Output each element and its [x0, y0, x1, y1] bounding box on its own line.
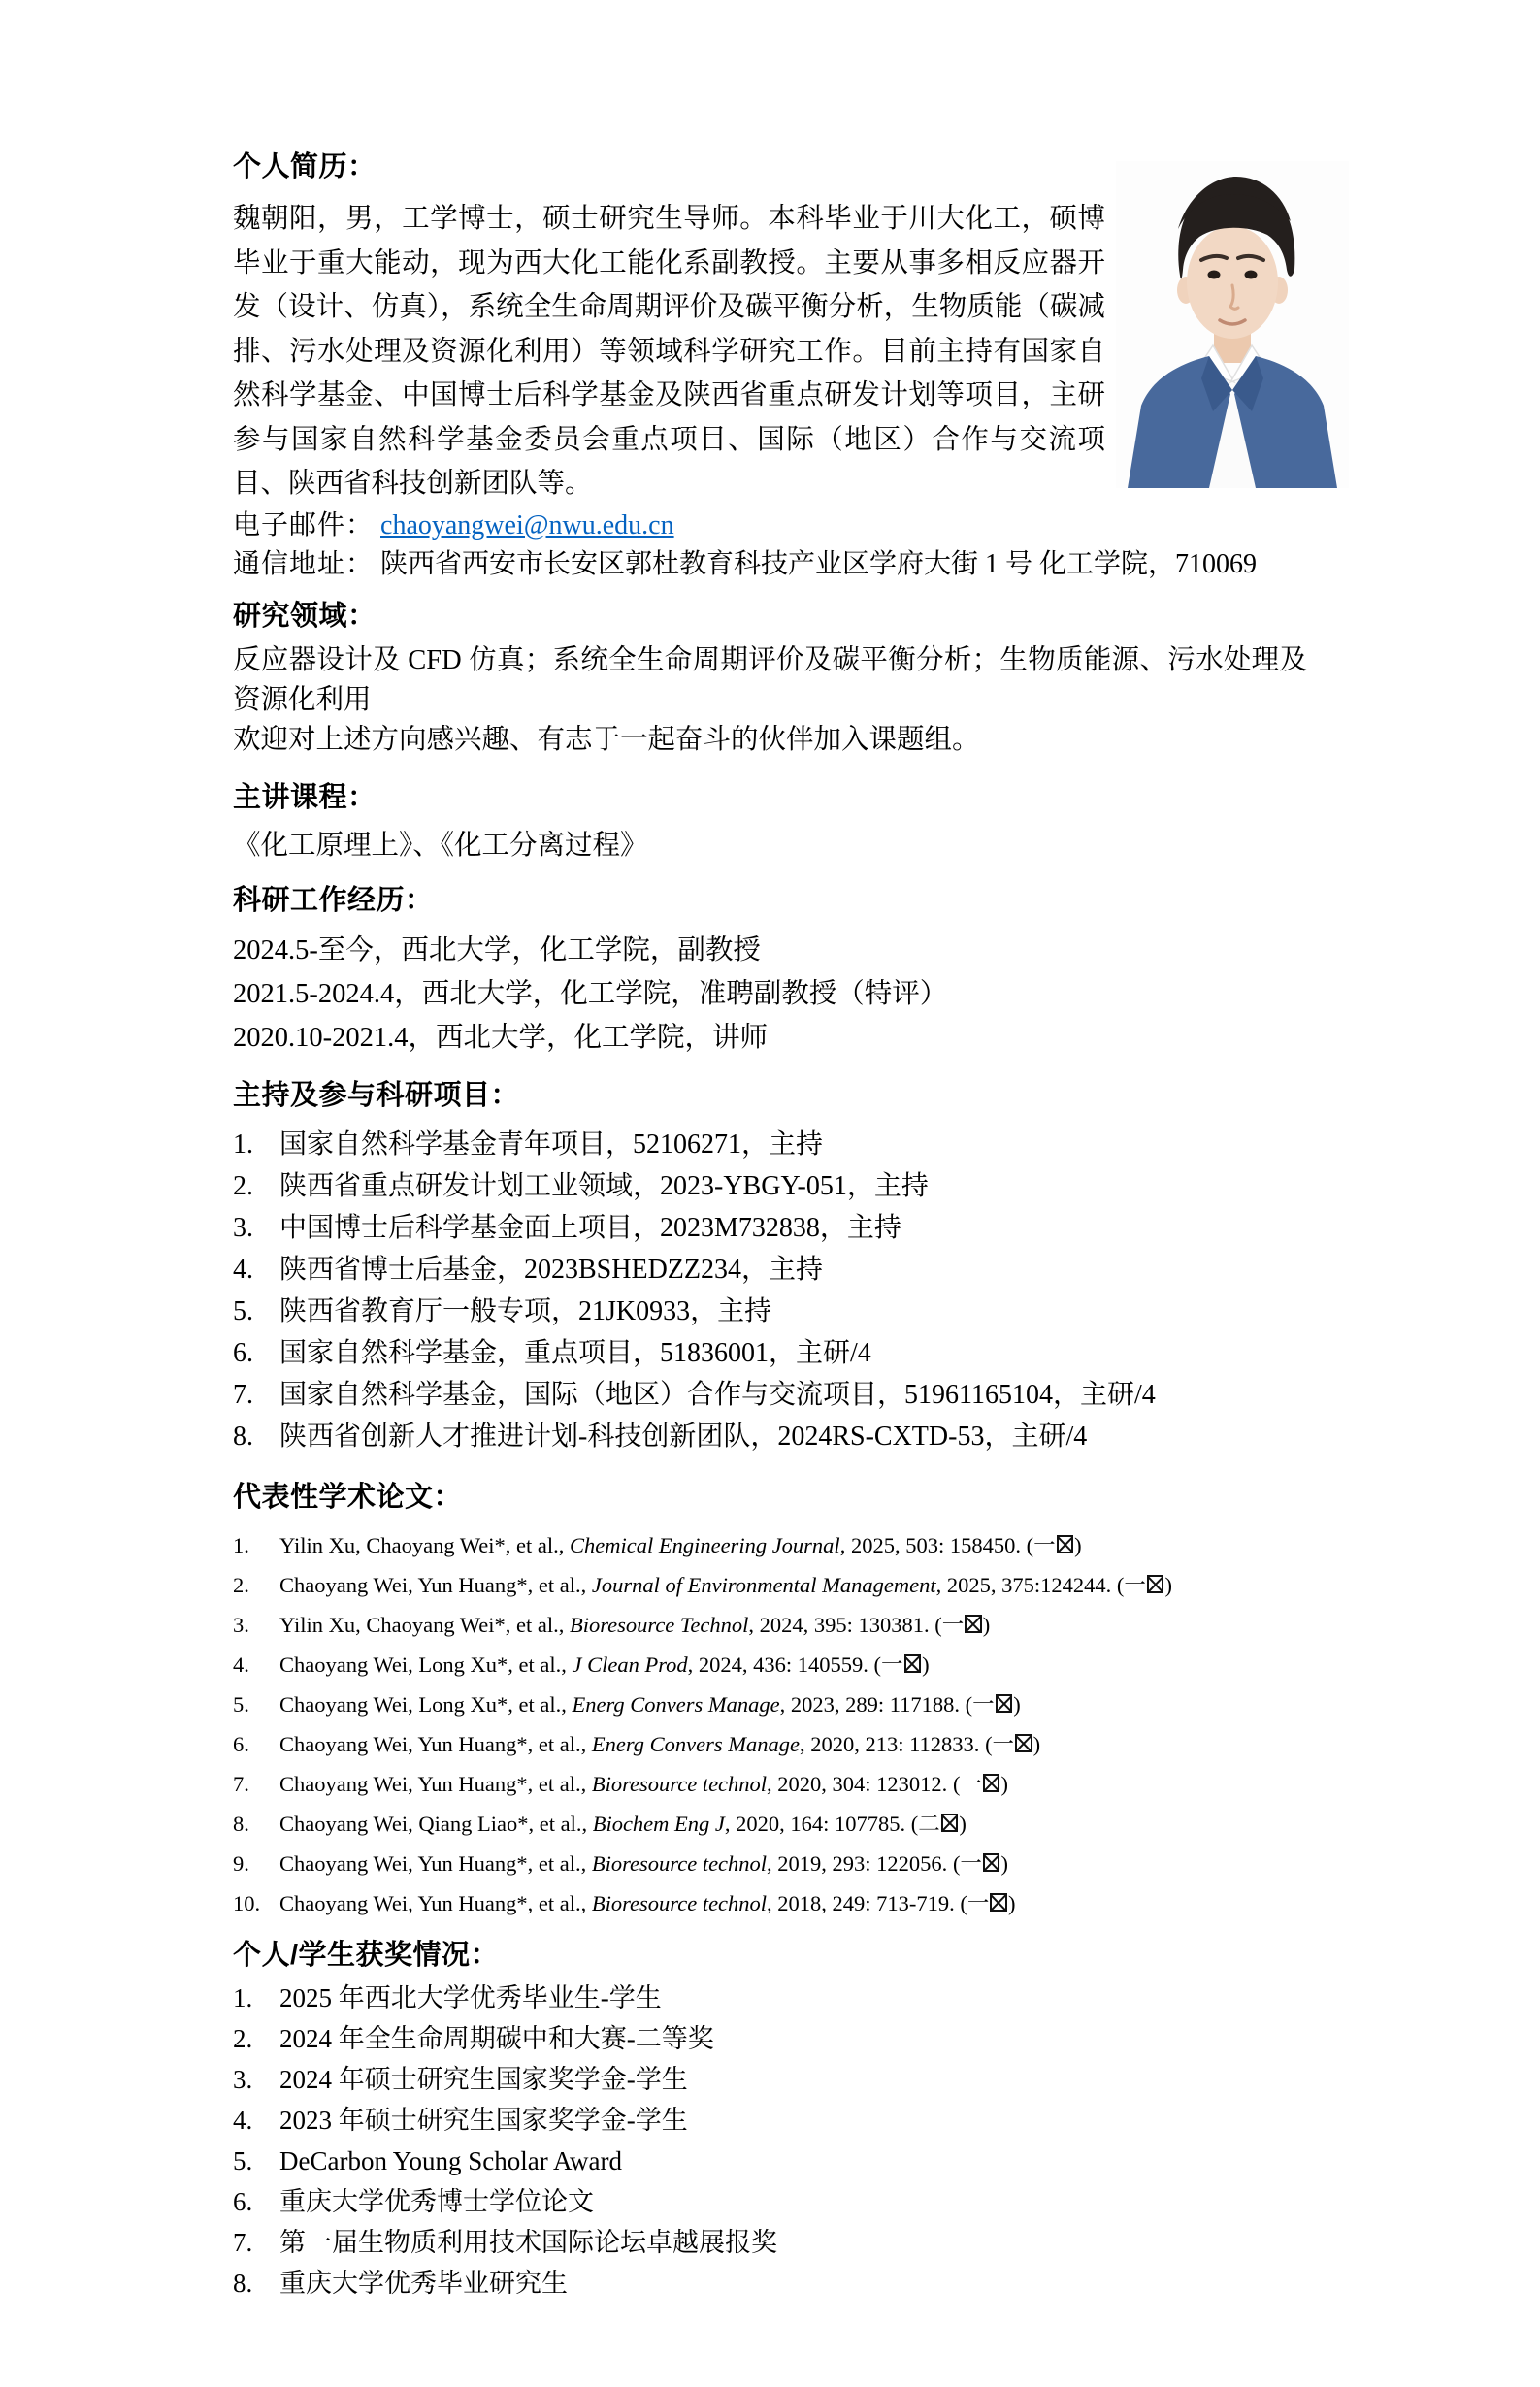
- missing-glyph-box: [990, 1893, 1007, 1913]
- list-item-text: Chaoyang Wei, Yun Huang*, et al., Biores…: [279, 1883, 1307, 1923]
- missing-glyph-box: [1015, 1734, 1032, 1753]
- awards-list: 1.2025 年西北大学优秀毕业生-学生2.2024 年全生命周期碳中和大赛-二…: [233, 1978, 1307, 2304]
- list-index: 4.: [233, 1249, 279, 1291]
- email-line: 电子邮件： chaoyangwei@nwu.edu.cn: [233, 507, 1307, 545]
- research-welcome-text: 欢迎对上述方向感兴趣、有志于一起奋斗的伙伴加入课题组。: [233, 720, 1307, 760]
- list-item: 3.中国博士后科学基金面上项目，2023M732838，主持: [233, 1207, 1307, 1249]
- bio-text: 魏朝阳，男，工学博士，硕士研究生导师。本科毕业于川大化工，硕博毕业于重大能动，现…: [233, 204, 1105, 499]
- list-index: 6.: [233, 1332, 279, 1374]
- section-heading-projects: 主持及参与科研项目：: [233, 1079, 1307, 1112]
- list-item: 7.国家自然科学基金，国际（地区）合作与交流项目，51961165104，主研/…: [233, 1374, 1307, 1416]
- journal-name: Bioresource technol: [592, 1891, 767, 1915]
- section-heading-awards: 个人/学生获奖情况：: [233, 1939, 1307, 1972]
- courses-text: 《化工原理上》、《化工分离过程》: [233, 826, 1307, 867]
- list-item-text: 2024 年全生命周期碳中和大赛-二等奖: [279, 2018, 1307, 2059]
- journal-name: J Clean Prod: [572, 1652, 687, 1677]
- paper-item: 2.Chaoyang Wei, Yun Huang*, et al., Jour…: [233, 1565, 1307, 1605]
- journal-name: Bioresource technol: [592, 1772, 767, 1796]
- paper-item: 6.Chaoyang Wei, Yun Huang*, et al., Ener…: [233, 1724, 1307, 1764]
- profile-photo-image: [1116, 161, 1349, 488]
- experience-list: 2024.5-至今，西北大学，化工学院，副教授2021.5-2024.4，西北大…: [233, 929, 1307, 1060]
- list-index: 6.: [233, 2181, 279, 2222]
- list-item-text: Chaoyang Wei, Long Xu*, et al., J Clean …: [279, 1645, 1307, 1684]
- list-index: 5.: [233, 1684, 279, 1724]
- list-index: 4.: [233, 2100, 279, 2141]
- section-heading-papers: 代表性学术论文：: [233, 1481, 1307, 1514]
- list-index: 8.: [233, 1416, 279, 1457]
- email-label: 电子邮件：: [233, 510, 374, 540]
- list-item-text: 国家自然科学基金，重点项目，51836001，主研/4: [279, 1332, 1307, 1374]
- list-item-text: 陕西省重点研发计划工业领域，2023-YBGY-051，主持: [279, 1165, 1307, 1207]
- list-index: 1.: [233, 1978, 279, 2018]
- section-heading-courses: 主讲课程：: [233, 781, 1307, 814]
- missing-glyph-box: [904, 1654, 922, 1674]
- list-index: 3.: [233, 2059, 279, 2100]
- journal-name: Journal of Environmental Management: [592, 1573, 936, 1597]
- missing-glyph-box: [965, 1615, 982, 1634]
- list-index: 10.: [233, 1883, 279, 1923]
- list-item: 5.DeCarbon Young Scholar Award: [233, 2141, 1307, 2181]
- list-index: 7.: [233, 1764, 279, 1804]
- journal-name: Energ Convers Manage: [572, 1692, 779, 1717]
- faculty-profile-page: 个人简历： 魏朝阳，男，工学博士，硕士研究生导师。本科毕业于川大化工，硕博毕业于…: [0, 0, 1540, 2387]
- paper-item: 10.Chaoyang Wei, Yun Huang*, et al., Bio…: [233, 1883, 1307, 1923]
- list-item: 4.2023 年硕士研究生国家奖学金-学生: [233, 2100, 1307, 2141]
- list-index: 7.: [233, 1374, 279, 1416]
- list-index: 6.: [233, 1724, 279, 1764]
- list-item: 5.陕西省教育厅一般专项，21JK0933，主持: [233, 1291, 1307, 1332]
- list-index: 4.: [233, 1645, 279, 1684]
- address-line: 通信地址： 陕西省西安市长安区郭杜教育科技产业区学府大街 1 号 化工学院，71…: [233, 545, 1307, 584]
- papers-list: 1.Yilin Xu, Chaoyang Wei*, et al., Chemi…: [233, 1525, 1307, 1923]
- list-item-text: 2023 年硕士研究生国家奖学金-学生: [279, 2100, 1307, 2141]
- paper-item: 7.Chaoyang Wei, Yun Huang*, et al., Bior…: [233, 1764, 1307, 1804]
- journal-name: Bioresource technol: [592, 1851, 767, 1876]
- list-index: 2.: [233, 1565, 279, 1605]
- paper-item: 4.Chaoyang Wei, Long Xu*, et al., J Clea…: [233, 1645, 1307, 1684]
- list-index: 1.: [233, 1525, 279, 1565]
- list-item-text: Chaoyang Wei, Yun Huang*, et al., Energ …: [279, 1724, 1307, 1764]
- list-item-text: Chaoyang Wei, Qiang Liao*, et al., Bioch…: [279, 1804, 1307, 1844]
- address-label: 通信地址：: [233, 549, 374, 579]
- list-item: 6.国家自然科学基金，重点项目，51836001，主研/4: [233, 1332, 1307, 1374]
- list-index: 5.: [233, 2141, 279, 2181]
- list-index: 3.: [233, 1605, 279, 1645]
- experience-item: 2024.5-至今，西北大学，化工学院，副教授: [233, 929, 1307, 972]
- list-item: 2.2024 年全生命周期碳中和大赛-二等奖: [233, 2018, 1307, 2059]
- projects-list: 1.国家自然科学基金青年项目，52106271，主持2.陕西省重点研发计划工业领…: [233, 1124, 1307, 1457]
- list-item-text: 重庆大学优秀博士学位论文: [279, 2181, 1307, 2222]
- list-index: 1.: [233, 1124, 279, 1165]
- missing-glyph-box: [1147, 1575, 1164, 1594]
- list-index: 9.: [233, 1844, 279, 1883]
- list-item-text: 重庆大学优秀毕业研究生: [279, 2263, 1307, 2304]
- journal-name: Bioresource Technol: [570, 1613, 748, 1637]
- list-item: 8.陕西省创新人才推进计划-科技创新团队，2024RS-CXTD-53，主研/4: [233, 1416, 1307, 1457]
- email-link[interactable]: chaoyangwei@nwu.edu.cn: [380, 510, 674, 540]
- list-index: 2.: [233, 1165, 279, 1207]
- section-heading-research: 研究领域：: [233, 600, 1307, 633]
- list-item-text: DeCarbon Young Scholar Award: [279, 2141, 1307, 2181]
- list-item: 2.陕西省重点研发计划工业领域，2023-YBGY-051，主持: [233, 1165, 1307, 1207]
- list-index: 2.: [233, 2018, 279, 2059]
- list-item: 1.2025 年西北大学优秀毕业生-学生: [233, 1978, 1307, 2018]
- missing-glyph-box: [996, 1694, 1013, 1714]
- missing-glyph-box: [983, 1853, 1000, 1873]
- list-item: 3.2024 年硕士研究生国家奖学金-学生: [233, 2059, 1307, 2100]
- list-item-text: Yilin Xu, Chaoyang Wei*, et al., Bioreso…: [279, 1605, 1307, 1645]
- list-item-text: 2025 年西北大学优秀毕业生-学生: [279, 1978, 1307, 2018]
- profile-photo: [1116, 161, 1349, 488]
- experience-item: 2021.5-2024.4，西北大学，化工学院，准聘副教授（特评）: [233, 972, 1307, 1016]
- list-item-text: Yilin Xu, Chaoyang Wei*, et al., Chemica…: [279, 1525, 1307, 1565]
- list-item: 8.重庆大学优秀毕业研究生: [233, 2263, 1307, 2304]
- journal-name: Biochem Eng J: [593, 1812, 725, 1836]
- list-index: 3.: [233, 1207, 279, 1249]
- list-item-text: Chaoyang Wei, Yun Huang*, et al., Biores…: [279, 1764, 1307, 1804]
- missing-glyph-box: [983, 1774, 1000, 1793]
- list-item: 4.陕西省博士后基金，2023BSHEDZZ234，主持: [233, 1249, 1307, 1291]
- list-item-text: 陕西省教育厅一般专项，21JK0933，主持: [279, 1291, 1307, 1332]
- section-heading-experience: 科研工作经历：: [233, 884, 1307, 917]
- paper-item: 1.Yilin Xu, Chaoyang Wei*, et al., Chemi…: [233, 1525, 1307, 1565]
- list-item-text: Chaoyang Wei, Yun Huang*, et al., Biores…: [279, 1844, 1307, 1883]
- missing-glyph-box: [1057, 1535, 1074, 1554]
- list-item: 1.国家自然科学基金青年项目，52106271，主持: [233, 1124, 1307, 1165]
- paper-item: 8.Chaoyang Wei, Qiang Liao*, et al., Bio…: [233, 1804, 1307, 1844]
- list-item-text: 2024 年硕士研究生国家奖学金-学生: [279, 2059, 1307, 2100]
- list-item-text: 陕西省创新人才推进计划-科技创新团队，2024RS-CXTD-53，主研/4: [279, 1416, 1307, 1457]
- list-item: 6.重庆大学优秀博士学位论文: [233, 2181, 1307, 2222]
- list-item-text: 中国博士后科学基金面上项目，2023M732838，主持: [279, 1207, 1307, 1249]
- list-index: 7.: [233, 2222, 279, 2263]
- experience-item: 2020.10-2021.4，西北大学，化工学院，讲师: [233, 1016, 1307, 1060]
- list-item-text: 陕西省博士后基金，2023BSHEDZZ234，主持: [279, 1249, 1307, 1291]
- list-index: 5.: [233, 1291, 279, 1332]
- paper-item: 5.Chaoyang Wei, Long Xu*, et al., Energ …: [233, 1684, 1307, 1724]
- journal-name: Chemical Engineering Journal: [570, 1533, 840, 1557]
- list-item-text: 国家自然科学基金青年项目，52106271，主持: [279, 1124, 1307, 1165]
- list-item-text: 第一届生物质利用技术国际论坛卓越展报奖: [279, 2222, 1307, 2263]
- missing-glyph-box: [941, 1814, 959, 1833]
- list-index: 8.: [233, 2263, 279, 2304]
- list-index: 8.: [233, 1804, 279, 1844]
- list-item: 7.第一届生物质利用技术国际论坛卓越展报奖: [233, 2222, 1307, 2263]
- paper-item: 9.Chaoyang Wei, Yun Huang*, et al., Bior…: [233, 1844, 1307, 1883]
- paper-item: 3.Yilin Xu, Chaoyang Wei*, et al., Biore…: [233, 1605, 1307, 1645]
- research-areas-text: 反应器设计及 CFD 仿真；系统全生命周期评价及碳平衡分析；生物质能源、污水处理…: [233, 640, 1307, 720]
- journal-name: Energ Convers Manage: [592, 1732, 800, 1756]
- list-item-text: Chaoyang Wei, Yun Huang*, et al., Journa…: [279, 1565, 1307, 1605]
- address-text: 陕西省西安市长安区郭杜教育科技产业区学府大街 1 号 化工学院，710069: [380, 549, 1257, 579]
- list-item-text: Chaoyang Wei, Long Xu*, et al., Energ Co…: [279, 1684, 1307, 1724]
- list-item-text: 国家自然科学基金，国际（地区）合作与交流项目，51961165104，主研/4: [279, 1374, 1307, 1416]
